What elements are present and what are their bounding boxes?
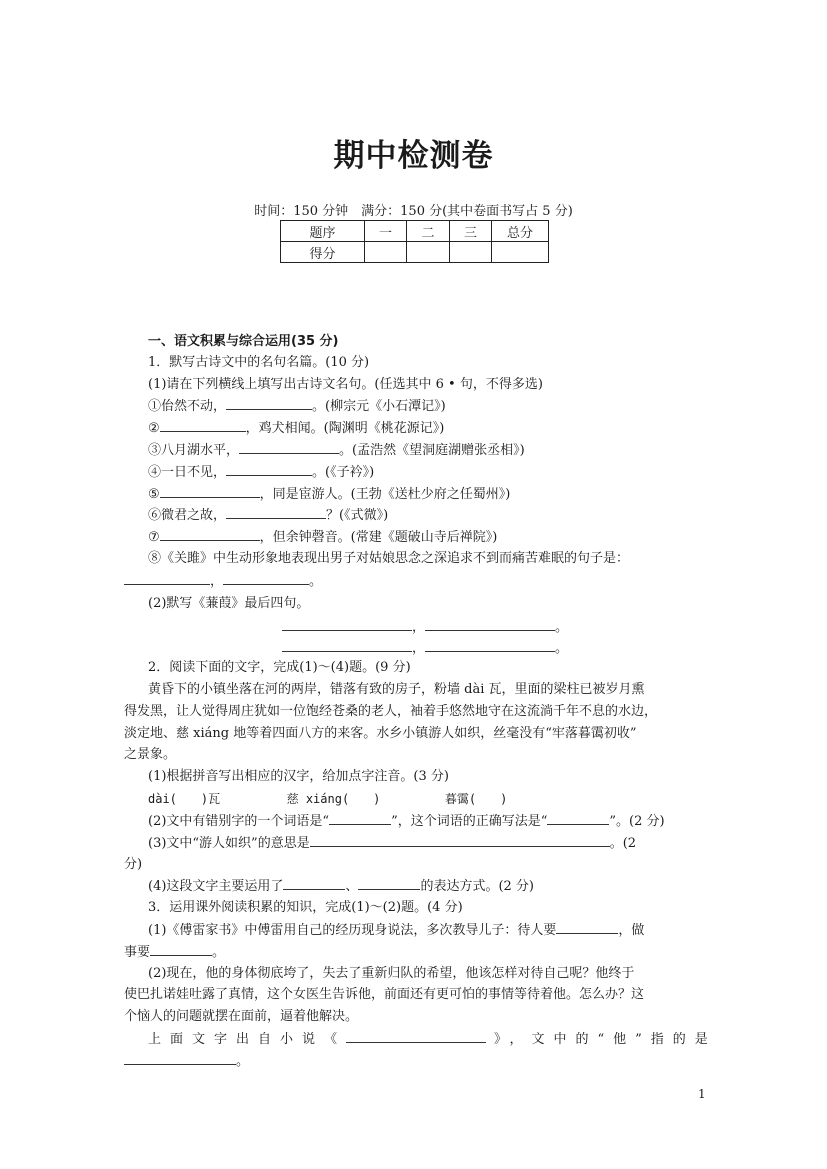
question-2-stem: 2．阅读下面的文字，完成(1)～(4)题。(9 分) [148, 659, 411, 677]
q1-item-pre: ② [148, 421, 160, 436]
score-row-label: 得分 [281, 242, 365, 263]
q1-item-1: ①佁然不动，。(柳宗元《小石潭记》) [148, 397, 446, 416]
answer-blank[interactable] [358, 877, 420, 890]
separator: ， [412, 641, 425, 656]
answer-blank[interactable] [226, 506, 326, 519]
q1-item-pre: ①佁然不动， [148, 399, 226, 414]
q3-sub1-text: 。 [212, 945, 225, 960]
q1-item-4: ④一日不见，。(《子衿》) [148, 463, 374, 482]
q1-item-2: ②，鸡犬相闻。(陶渊明《桃花源记》) [148, 419, 444, 438]
q2-sub1-items: dài( )瓦 慈 xiáng( ) 暮霭( ) [148, 790, 507, 808]
answer-blank[interactable] [124, 1052, 236, 1065]
q2-sub4-text: 的表达方式。(2 分) [420, 879, 534, 894]
score-header-cell: 三 [450, 221, 492, 242]
q2-sub1-item[interactable]: 慈 xiáng( ) [287, 792, 381, 806]
q3-sub1-text: 事要 [124, 945, 150, 960]
answer-blank[interactable] [226, 463, 312, 476]
answer-blank[interactable] [547, 812, 609, 825]
q1-item-8-answer: ，。 [124, 572, 322, 591]
section-heading: 一、语文积累与综合运用(35 分) [148, 333, 339, 351]
q2-sub3-cont: 分) [124, 856, 142, 874]
q1-part2-line-2: ，。 [282, 639, 568, 658]
score-header-cell: 一 [365, 221, 407, 242]
score-table-row: 得分 [281, 242, 549, 263]
q1-item-pre: ⑦ [148, 530, 160, 545]
q1-item-3: ③八月湖水平，。(孟浩然《望洞庭湖赠张丞相》) [148, 441, 525, 460]
answer-blank[interactable] [160, 419, 246, 432]
answer-blank[interactable] [283, 877, 345, 890]
q1-item-post: ，鸡犬相闻。(陶渊明《桃花源记》) [246, 421, 445, 436]
score-header-cell: 二 [407, 221, 450, 242]
q2-sub4: (4)这段文字主要运用了、的表达方式。(2 分) [148, 877, 534, 896]
question-1-stem: 1．默写古诗文中的名句名篇。(10 分) [148, 354, 369, 372]
score-header-cell: 总分 [492, 221, 549, 242]
question-3-stem: 3．运用课外阅读积累的知识，完成(1)～(2)题。(4 分) [148, 899, 463, 917]
passage-line: 个恼人的问题就摆在面前，逼着他解决。 [124, 1008, 358, 1026]
q2-sub4-text: 、 [345, 879, 358, 894]
q1-item-pre: ③八月湖水平， [148, 443, 239, 458]
answer-blank[interactable] [223, 572, 309, 585]
q1-item-pre: ④一日不见， [148, 465, 226, 480]
answer-blank[interactable] [239, 441, 339, 454]
score-cell[interactable] [407, 242, 450, 263]
answer-blank[interactable] [150, 943, 212, 956]
q2-sub2: (2)文中有错别字的一个词语是“”，这个词语的正确写法是“”。(2 分) [148, 812, 665, 831]
question-1-part1: (1)请在下列横线上填写出古诗文名句。(任选其中 6 • 句，不得多选) [148, 376, 543, 394]
terminator: 。 [555, 641, 568, 656]
q2-sub2-text: ”，这个词语的正确写法是“ [391, 814, 547, 829]
q2-sub4-text: (4)这段文字主要运用了 [148, 879, 283, 894]
q3-sub1-text: ，做 [618, 923, 644, 938]
q3-sub1-text: (1)《傅雷家书》中傅雷用自己的经历现身说法，多次教导儿子：待人要 [148, 923, 556, 938]
terminator: 。 [555, 620, 568, 635]
q1-item-pre: ⑥微君之故， [148, 508, 226, 523]
page-title: 期中检测卷 [0, 130, 827, 175]
passage-line: 使巴扎诺娃吐露了真情，这个女医生告诉他，前面还有更可怕的事情等待着他。怎么办？这 [124, 986, 644, 1004]
passage-line: 得发黑，让人觉得周庄犹如一位饱经苍桑的老人，袖着手悠然地守在这流淌千年不息的水边… [124, 703, 657, 721]
question-1-part2: (2)默写《蒹葭》最后四句。 [148, 595, 309, 613]
answer-blank[interactable] [329, 812, 391, 825]
answer-blank[interactable] [226, 397, 312, 410]
q3-sub2-text: 》，文中的“他”指的是 [494, 1032, 717, 1047]
q2-sub1-item[interactable]: dài( )瓦 [148, 792, 220, 806]
score-table: 题序 一 二 三 总分 得分 [280, 220, 549, 263]
q2-sub2-text: (2)文中有错别字的一个词语是“ [148, 814, 329, 829]
q3-sub1-cont: 事要。 [124, 943, 225, 962]
q3-sub2-answer: 。 [124, 1052, 249, 1071]
answer-blank[interactable] [425, 639, 555, 652]
answer-blank[interactable] [124, 572, 210, 585]
score-header-cell: 题序 [281, 221, 365, 242]
q2-sub3: (3)文中“游人如织”的意思是。(2 [148, 834, 636, 853]
separator: ， [210, 574, 223, 589]
q1-item-8: ⑧《关雎》中生动形象地表现出男子对姑娘思念之深追求不到而痛苦难眠的句子是： [148, 550, 629, 568]
q2-sub1-item[interactable]: 暮霭( ) [445, 792, 507, 806]
q1-item-post: ？(《式微》) [326, 508, 388, 523]
terminator: 。 [309, 574, 322, 589]
q1-item-6: ⑥微君之故，？(《式微》) [148, 506, 388, 525]
q3-sub2-text: 上面文字出自小说《 [148, 1032, 346, 1047]
separator: ， [412, 620, 425, 635]
answer-blank[interactable] [282, 618, 412, 631]
q1-item-post: ，但余钟磬音。(常建《题破山寺后禅院》) [260, 530, 498, 545]
terminator: 。 [236, 1054, 249, 1069]
q2-sub3-text: 。(2 [610, 836, 636, 851]
q3-sub1: (1)《傅雷家书》中傅雷用自己的经历现身说法，多次教导儿子：待人要，做 [148, 921, 644, 940]
q1-item-post: 。(《子衿》) [312, 465, 374, 480]
answer-blank[interactable] [556, 921, 618, 934]
exam-page: 期中检测卷 时间：150 分钟 满分：150 分(其中卷面书写占 5 分) 题序… [0, 0, 827, 1169]
passage-line: 之景象。 [124, 746, 176, 764]
answer-blank[interactable] [160, 485, 260, 498]
answer-blank[interactable] [425, 618, 555, 631]
q1-item-post: 。(柳宗元《小石潭记》) [312, 399, 446, 414]
exam-meta: 时间：150 分钟 满分：150 分(其中卷面书写占 5 分) [0, 200, 827, 219]
answer-blank[interactable] [282, 639, 412, 652]
q2-sub3-text: (3)文中“游人如织”的意思是 [148, 836, 310, 851]
score-cell[interactable] [365, 242, 407, 263]
passage-line: 淡定地、慈 xiáng 地等着四面八方的来客。水乡小镇游人如织，丝毫没有“牢落暮… [124, 725, 637, 743]
q3-sub2-question: 上面文字出自小说《》，文中的“他”指的是 [148, 1030, 717, 1049]
answer-blank[interactable] [310, 834, 610, 847]
q1-item-pre: ⑤ [148, 487, 160, 502]
answer-blank[interactable] [346, 1030, 486, 1043]
score-cell[interactable] [492, 242, 549, 263]
q1-part2-line-1: ，。 [282, 618, 568, 637]
answer-blank[interactable] [160, 528, 260, 541]
q2-sub1: (1)根据拼音写出相应的汉字，给加点字注音。(3 分) [148, 768, 449, 786]
q1-item-5: ⑤，同是宦游人。(王勃《送杜少府之任蜀州》) [148, 485, 510, 504]
q1-item-post: 。(孟浩然《望洞庭湖赠张丞相》) [339, 443, 525, 458]
q1-item-post: ，同是宦游人。(王勃《送杜少府之任蜀州》) [260, 487, 511, 502]
score-table-header-row: 题序 一 二 三 总分 [281, 221, 549, 242]
page-number: 1 [698, 1087, 706, 1101]
score-cell[interactable] [450, 242, 492, 263]
passage-line: 黄昏下的小镇坐落在河的两岸，错落有致的房子，粉墙 dài 瓦，里面的梁柱已被岁月… [148, 681, 645, 699]
passage-line: (2)现在，他的身体彻底垮了，失去了重新归队的希望，他该怎样对待自己呢？他终于 [148, 965, 634, 983]
q2-sub2-text: ”。(2 分) [609, 814, 664, 829]
q1-item-7: ⑦，但余钟磬音。(常建《题破山寺后禅院》) [148, 528, 497, 547]
